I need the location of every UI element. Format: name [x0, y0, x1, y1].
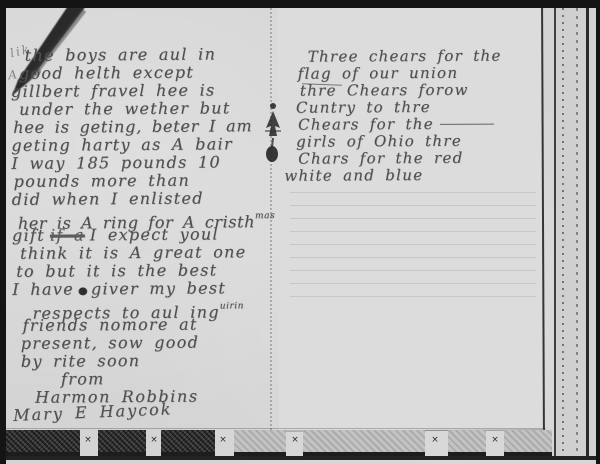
stitch-mark: × — [490, 436, 500, 444]
mount-block — [448, 430, 486, 457]
stitch-mark: × — [149, 436, 159, 444]
letter-line: good helth except — [19, 63, 267, 83]
photo-border-top — [0, 0, 600, 8]
mount-block — [504, 430, 552, 457]
superscript-text: uirin — [220, 301, 244, 311]
mount-base-line — [6, 456, 596, 460]
letter-line: Cuntry to thre — [296, 98, 546, 116]
letter-line: Chears for the — [298, 115, 546, 133]
right-page-text: Three chears for the flag of our union t… — [296, 47, 547, 184]
letter-photo: lik A go the boys are aul in good helth … — [6, 8, 596, 464]
letter-line: the boys are aul in — [25, 45, 267, 65]
ruled-bleed-lines — [290, 192, 536, 304]
page-bottom-edge — [6, 428, 546, 429]
scratched-out-word: if a — [50, 225, 85, 244]
letter-line: think it is A great one — [20, 243, 268, 263]
photo-border-right — [596, 0, 600, 464]
letter-line: I way 185 pounds 10 — [11, 153, 267, 173]
letter-line: did when I enlisted — [12, 189, 268, 209]
stitch-mark: × — [83, 436, 93, 444]
binding-strip — [556, 8, 586, 458]
letter-line: present, sow good — [21, 333, 269, 353]
binding-speckle — [576, 8, 578, 458]
letter-line: to but it is the best — [16, 261, 268, 281]
letter-line: her is A ring for A cristhmas — [18, 207, 268, 227]
letter-line: I havegiver my best — [12, 279, 268, 299]
stitch-mark: × — [290, 436, 300, 444]
stitch-mark: × — [430, 436, 440, 444]
mount-block — [303, 430, 425, 457]
superscript-text: mas — [255, 211, 275, 221]
letter-line: Chars for the red — [298, 149, 546, 167]
left-page-text: the boys are aul in good helth except gi… — [11, 45, 270, 425]
line-text: giver my best — [91, 278, 226, 298]
mount-block — [98, 430, 146, 457]
mount-block — [6, 430, 80, 457]
line-text: Chears for the — [298, 115, 434, 134]
letter-line: girls of Ohio thre — [296, 132, 546, 150]
letter-line: white and blue — [284, 166, 546, 184]
letter-line: Three chears for the — [308, 47, 546, 65]
letter-line: flag of our union — [298, 64, 546, 82]
stitch-mark: × — [218, 436, 228, 444]
letter-line: pounds more than — [14, 171, 268, 191]
line-text: I have — [12, 279, 74, 298]
pen-stroke — [440, 124, 494, 125]
line-text: I expect youl — [90, 224, 219, 244]
mount-block — [161, 430, 215, 457]
binding-gap — [589, 8, 596, 458]
photo-border-left — [0, 0, 6, 464]
center-fold-crease — [270, 8, 274, 454]
line-text: gift — [12, 226, 45, 245]
letter-line: geting harty as A bair — [11, 135, 267, 155]
mount-block — [234, 430, 286, 457]
binding-speckle — [562, 8, 564, 458]
ink-blot — [78, 287, 87, 295]
letter-line: by rite soon — [21, 351, 269, 371]
letter-line: friends nomore at — [23, 315, 269, 335]
letter-closing: from — [61, 369, 269, 388]
letter-line: respects to aul inguirin — [32, 297, 268, 317]
